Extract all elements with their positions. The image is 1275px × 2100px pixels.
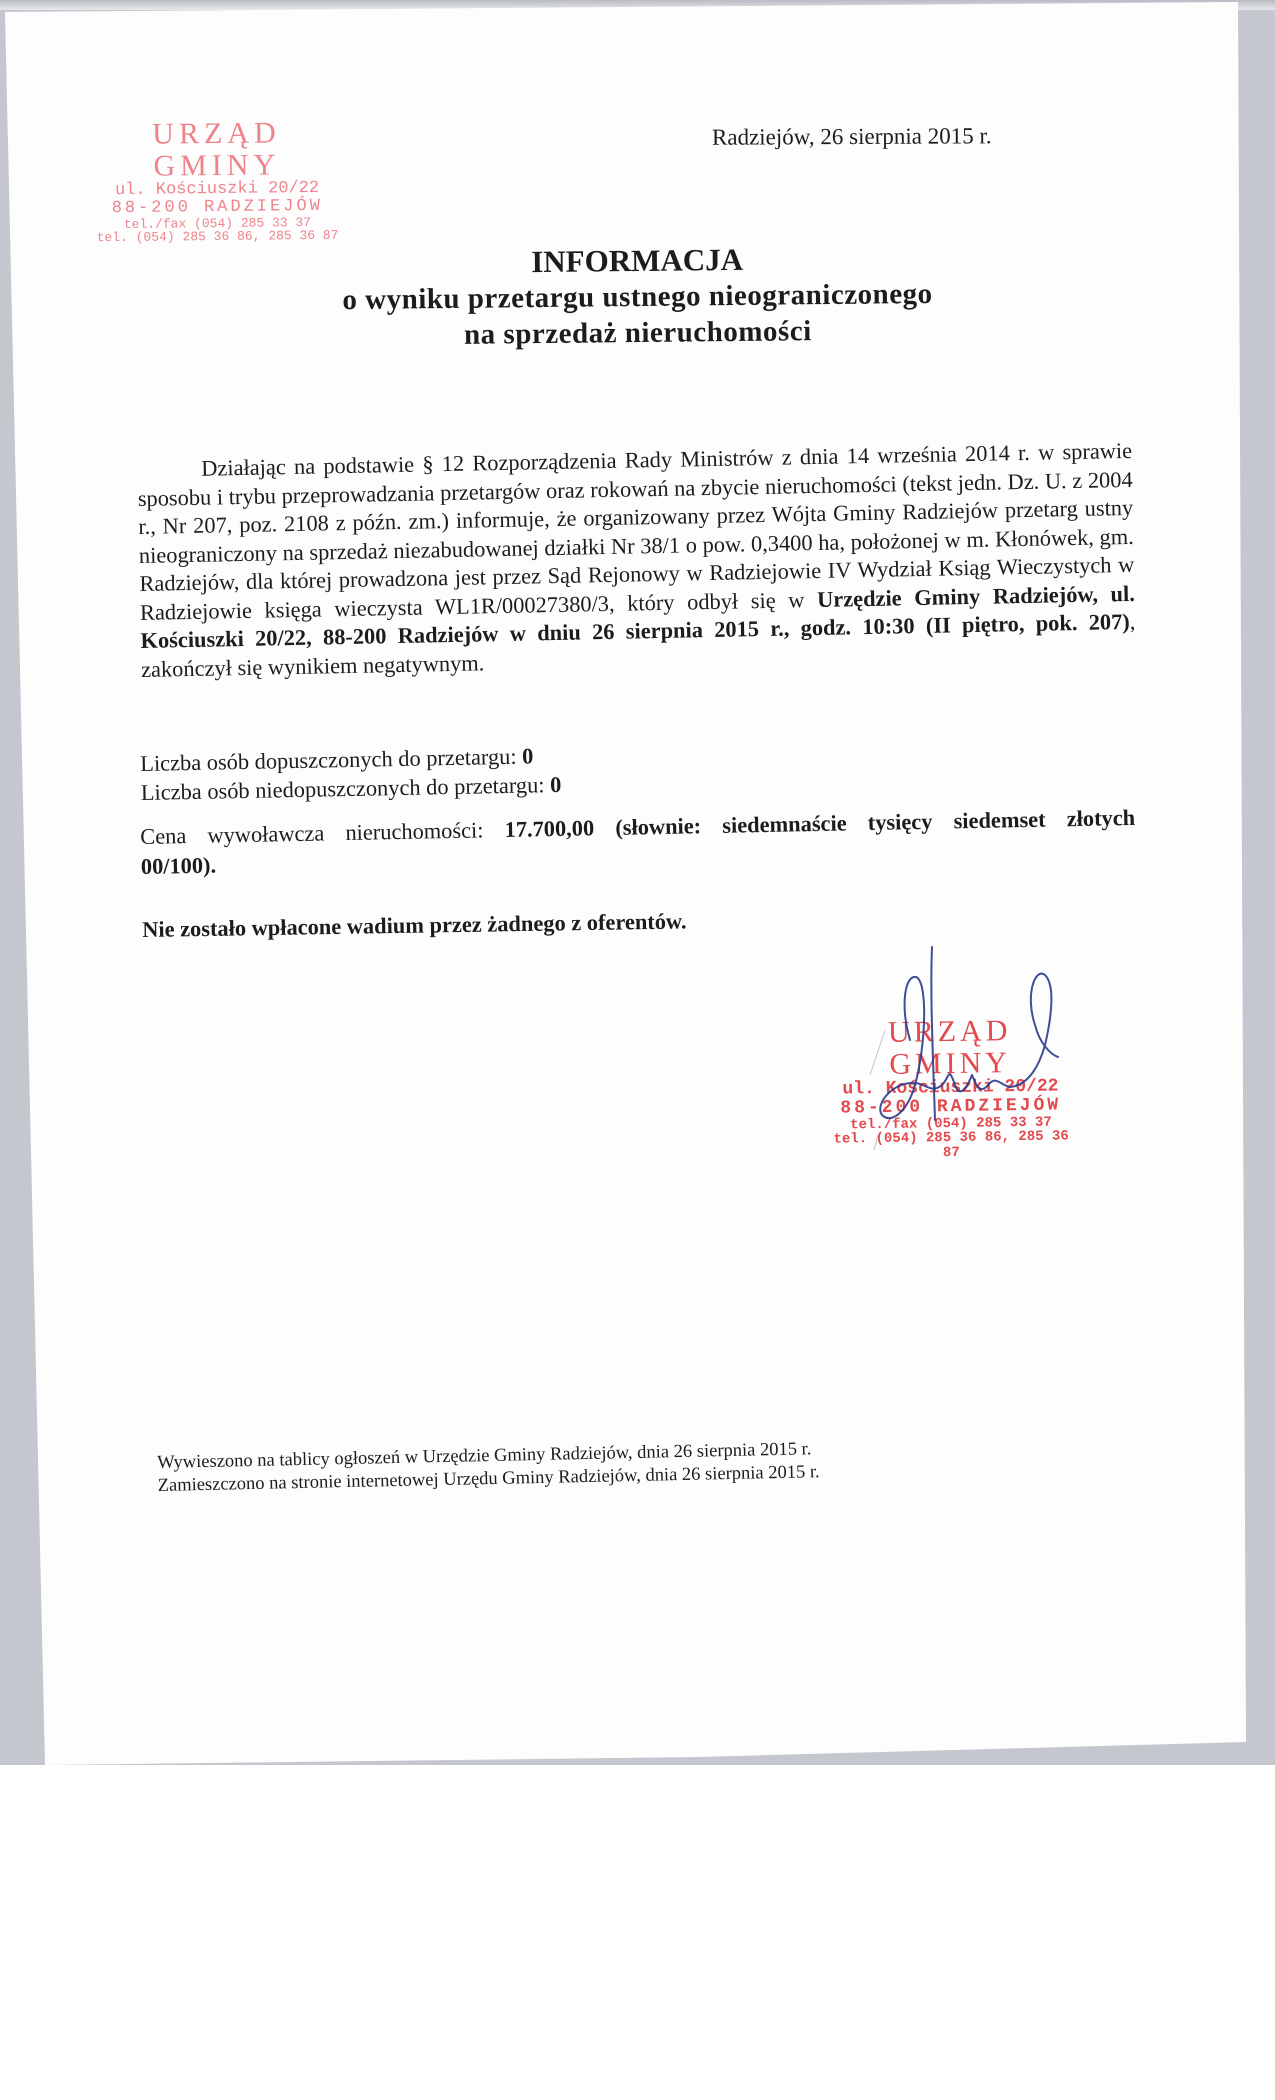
scanned-page: URZĄD GMINY ul. Kościuszki 20/22 88-200 …: [0, 0, 1275, 1765]
admitted-value: 0: [522, 743, 534, 768]
not-admitted-value: 0: [550, 771, 562, 796]
price-label: Cena wywoławcza nieruchomości:: [140, 817, 505, 849]
participant-counts: Liczba osób dopuszczonych do przetargu: …: [140, 742, 562, 807]
handwritten-signature: [830, 935, 1100, 1155]
office-stamp-header: URZĄD GMINY ul. Kościuszki 20/22 88-200 …: [87, 117, 346, 246]
stamp-phone: tel. (054) 285 36 86, 285 36 87: [89, 229, 347, 245]
document-title: INFORMACJA o wyniku przetargu ustnego ni…: [0, 236, 1275, 357]
stamp-office-name: URZĄD GMINY: [87, 117, 346, 183]
document-date: Radziejów, 26 sierpnia 2015 r.: [712, 123, 992, 150]
price-value-cont: 00/100).: [141, 853, 217, 879]
admitted-label: Liczba osób dopuszczonych do przetargu:: [140, 744, 522, 776]
main-paragraph: Działając na podstawie § 12 Rozporządzen…: [137, 437, 1136, 684]
